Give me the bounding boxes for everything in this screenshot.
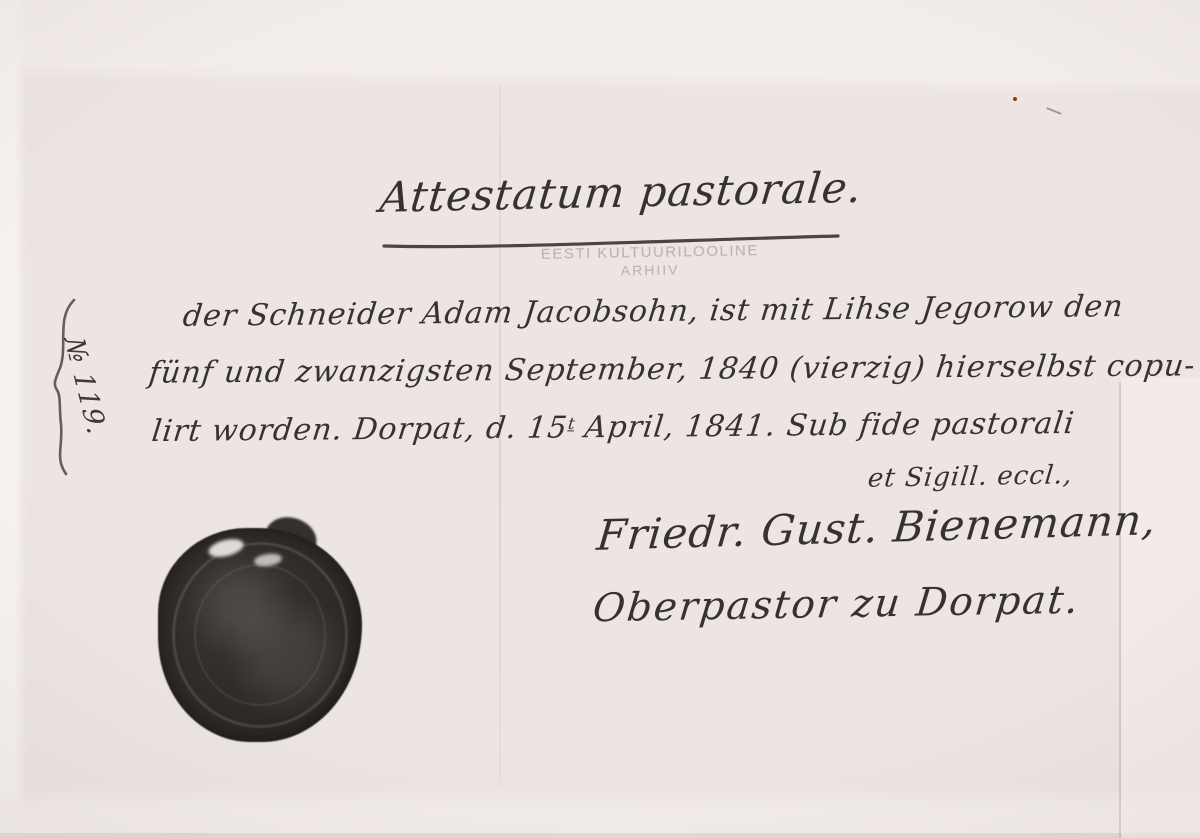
- scratch-mark: [1046, 107, 1062, 115]
- bottom-photo-edge: [0, 833, 1200, 838]
- right-edge-crease: [1119, 382, 1121, 838]
- seal-ring-inner: [194, 564, 326, 706]
- red-speck: [1013, 97, 1017, 101]
- closing-formula: April, 1841. Sub fide pastorali: [572, 406, 1076, 445]
- signature-name: Friedr. Gust. Bienemann,: [596, 495, 1157, 560]
- body-line-1: der Schneider Adam Jacobsohn, ist mit Li…: [183, 289, 1124, 334]
- photo-of-document: EESTI KULTUURILOOLINE ARHIIV Attestatum …: [0, 0, 1200, 838]
- title-underline: [380, 230, 842, 252]
- top-edge-band: [0, 0, 1200, 98]
- right-margin-band: [1121, 378, 1200, 838]
- archive-stamp-line2: ARHIIV: [520, 260, 780, 281]
- body-line-2: fünf und zwanzigsten September, 1840 (vi…: [149, 348, 1196, 390]
- left-edge-band: [0, 0, 27, 838]
- bottom-edge-band: [0, 786, 1200, 838]
- document-title: Attestatum pastorale.: [380, 163, 843, 222]
- wax-seal-icon: [158, 528, 362, 742]
- signature-role: Oberpastor zu Dorpat.: [593, 578, 1081, 631]
- body-line-4: et Sigill. eccl.,: [868, 460, 1073, 494]
- date-text: lirt worden. Dorpat, d. 15: [150, 410, 570, 449]
- body-line-3: lirt worden. Dorpat, d. 15t April, 1841.…: [152, 406, 1075, 449]
